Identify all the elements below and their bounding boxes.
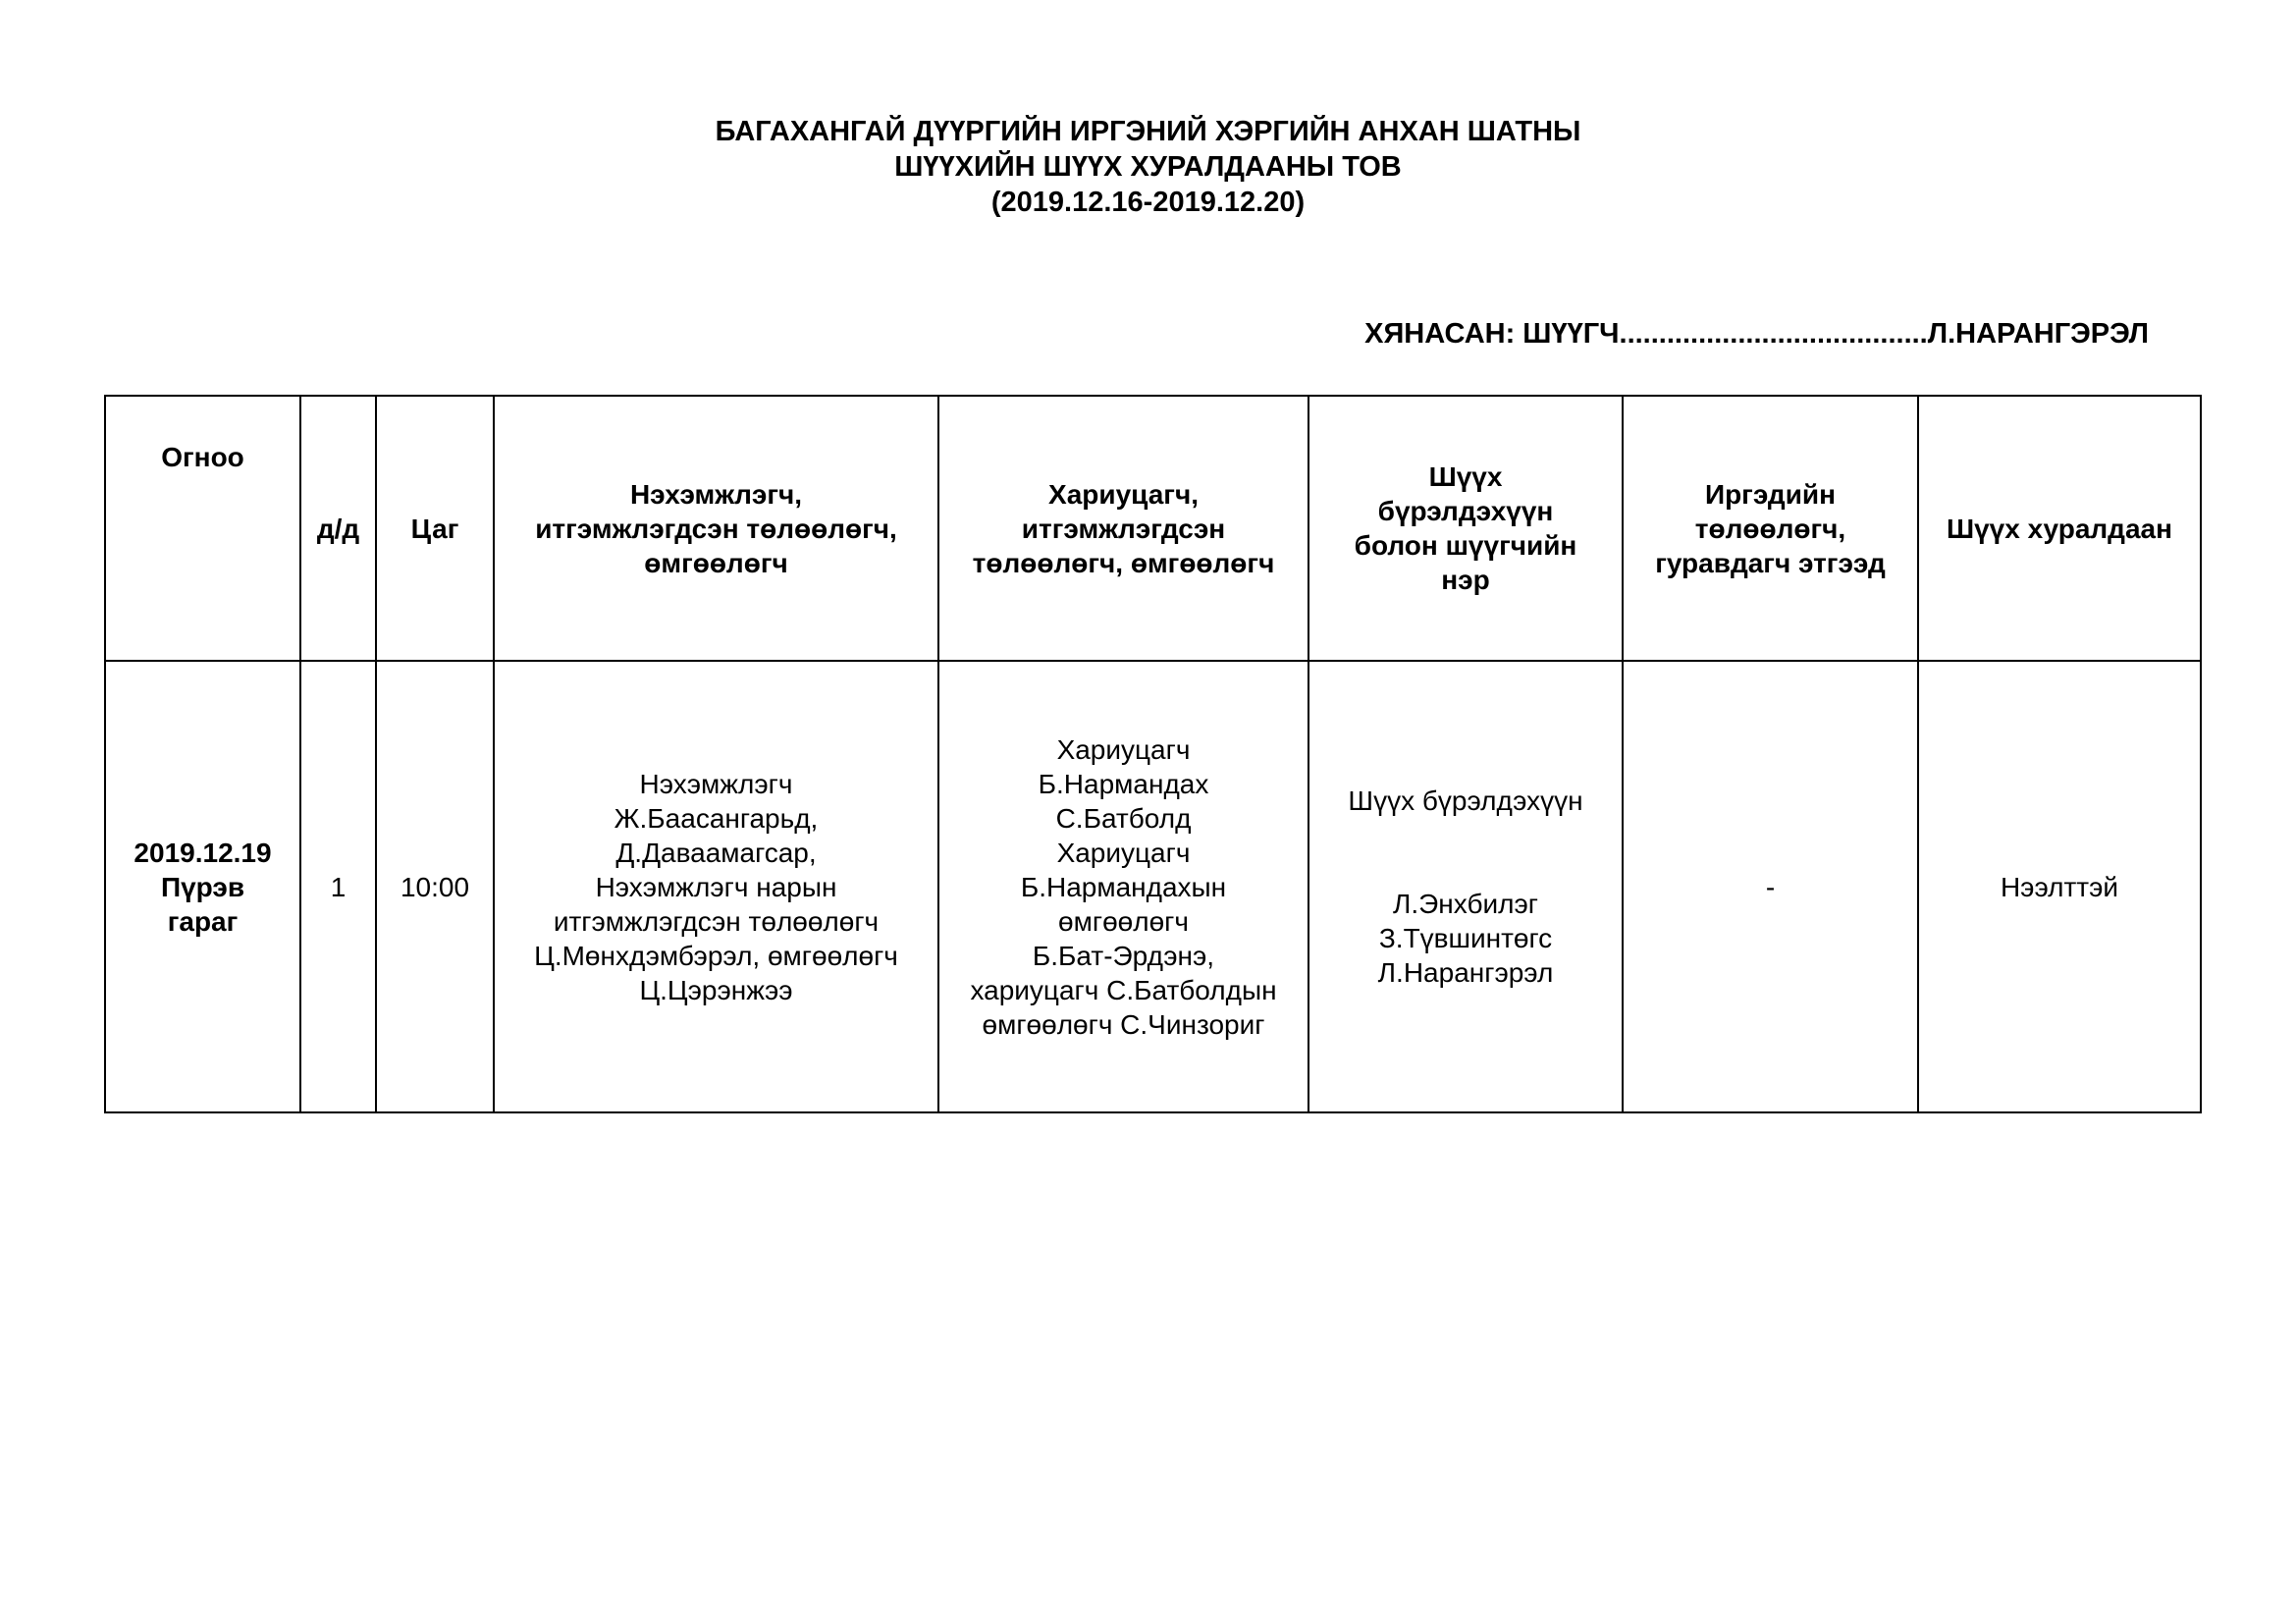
header-time: Цаг	[376, 396, 494, 661]
table-row: 2019.12.19 Пүрэв гараг 1 10:00 Нэхэмжлэг…	[105, 661, 2201, 1112]
cell-time: 10:00	[376, 661, 494, 1112]
cell-citizen-representative: -	[1623, 661, 1918, 1112]
cell-date: 2019.12.19 Пүрэв гараг	[105, 661, 300, 1112]
spacer	[1315, 818, 1616, 852]
table-header-row: Огноо д/д Цаг Нэхэмжлэгч, итгэмжлэгдсэн …	[105, 396, 2201, 661]
judge-name: Л.Нарангэрэл	[1315, 955, 1616, 990]
cell-court-panel: Шүүх бүрэлдэхүүн Л.Энхбилэг З.Түвшинтөгс…	[1308, 661, 1623, 1112]
spacer	[1315, 852, 1616, 887]
judge-name: Л.Энхбилэг	[1315, 887, 1616, 921]
reviewer-signature-line: ХЯНАСАН: ШҮҮГЧ..........................…	[1364, 316, 2149, 352]
hearing-date: 2019.12.19	[112, 836, 294, 870]
judge-name: З.Түвшинтөгс	[1315, 921, 1616, 955]
title-line-1: БАГАХАНГАЙ ДҮҮРГИЙН ИРГЭНИЙ ХЭРГИЙН АНХА…	[0, 114, 2296, 149]
cell-hearing-type: Нээлттэй	[1918, 661, 2201, 1112]
hearing-weekday: Пүрэв	[112, 870, 294, 904]
hearing-schedule-table: Огноо д/д Цаг Нэхэмжлэгч, итгэмжлэгдсэн …	[104, 395, 2202, 1113]
title-line-2: ШҮҮХИЙН ШҮҮХ ХУРАЛДААНЫ ТОВ	[0, 149, 2296, 185]
header-citizen-representative: Иргэдийн төлөөлөгч, гуравдагч этгээд	[1623, 396, 1918, 661]
cell-defendant: Хариуцагч Б.Нармандах С.Батболд Хариуцаг…	[938, 661, 1308, 1112]
cell-plaintiff: Нэхэмжлэгч Ж.Баасангарьд, Д.Даваамагсар,…	[494, 661, 938, 1112]
header-number: д/д	[300, 396, 376, 661]
header-plaintiff: Нэхэмжлэгч, итгэмжлэгдсэн төлөөлөгч, өмг…	[494, 396, 938, 661]
document-title: БАГАХАНГАЙ ДҮҮРГИЙН ИРГЭНИЙ ХЭРГИЙН АНХА…	[0, 114, 2296, 220]
header-hearing-type: Шүүх хуралдаан	[1918, 396, 2201, 661]
title-date-range: (2019.12.16-2019.12.20)	[0, 185, 2296, 220]
header-court-panel: Шүүх бүрэлдэхүүн болон шүүгчийн нэр	[1308, 396, 1623, 661]
header-date: Огноо	[105, 396, 300, 661]
header-defendant: Хариуцагч, итгэмжлэгдсэн төлөөлөгч, өмгө…	[938, 396, 1308, 661]
cell-number: 1	[300, 661, 376, 1112]
court-panel-label: Шүүх бүрэлдэхүүн	[1315, 784, 1616, 818]
